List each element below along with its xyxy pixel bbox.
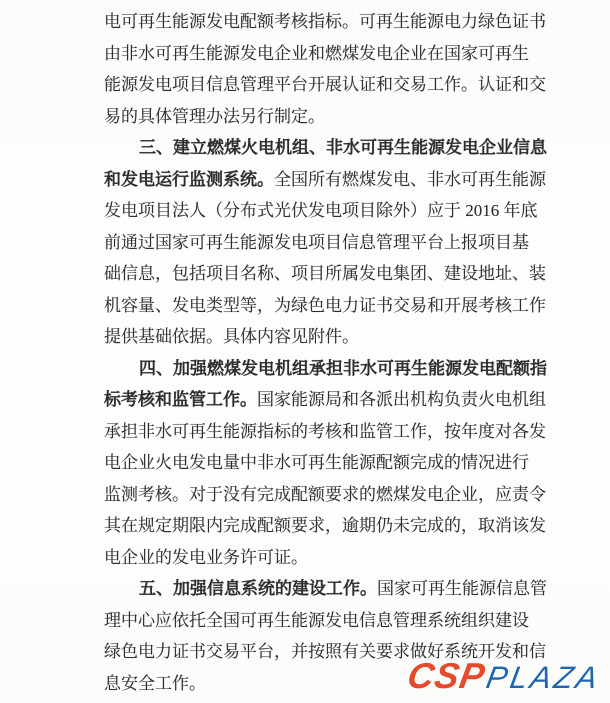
line-text-segment: 其在规定期限内完成配额要求，逾期仍未完成的，取消该发 bbox=[104, 516, 546, 535]
text-line: 发电项目法人（分布式光伏发电项目除外）应于 2016 年底 bbox=[104, 195, 523, 227]
text-line: 由非水可再生能源发电企业和燃煤发电企业在国家可再生 bbox=[104, 38, 523, 70]
line-text-segment: 电企业的发电业务许可证。 bbox=[104, 548, 308, 567]
text-line: 前通过国家可再生能源发电项目信息管理平台上报项目基 bbox=[104, 227, 523, 259]
line-text-segment: 电可再生能源发电配额考核指标。可再生能源电力绿色证书 bbox=[104, 12, 546, 31]
text-line: 能源发电项目信息管理平台开展认证和交易工作。认证和交 bbox=[104, 69, 523, 101]
text-line: 承担非水可再生能源指标的考核和监管工作，按年度对各发 bbox=[104, 416, 523, 448]
text-line: 础信息，包括项目名称、项目所属发电集团、建设地址、装 bbox=[104, 258, 523, 290]
text-line: 电可再生能源发电配额考核指标。可再生能源电力绿色证书 bbox=[104, 6, 523, 38]
logo-plaza-text: PLAZA bbox=[484, 660, 604, 696]
line-text-segment: 发电项目法人（分布式光伏发电项目除外）应于 2016 年底 bbox=[104, 201, 538, 220]
text-line: 其在规定期限内完成配额要求，逾期仍未完成的，取消该发 bbox=[104, 510, 523, 542]
line-text-segment: 电企业火电发电量中非水可再生能源配额完成的情况进行 bbox=[104, 453, 529, 472]
text-line: 三、建立燃煤火电机组、非水可再生能源发电企业信息 bbox=[104, 132, 523, 164]
line-text-segment: 理中心应依托全国可再生能源发电信息管理系统组织建设 bbox=[104, 611, 529, 630]
text-line: 提供基础依据。具体内容见附件。 bbox=[104, 321, 523, 353]
line-text-segment: 易的具体管理办法另行制定。 bbox=[104, 107, 325, 126]
text-line: 易的具体管理办法另行制定。 bbox=[104, 101, 523, 133]
text-line: 电企业的发电业务许可证。 bbox=[104, 542, 523, 574]
line-text-segment: 由非水可再生能源发电企业和燃煤发电企业在国家可再生 bbox=[104, 44, 529, 63]
line-text-segment: 息安全工作。 bbox=[104, 674, 206, 693]
text-line: 四、加强燃煤发电机组承担非水可再生能源发电配额指 bbox=[104, 353, 523, 385]
text-line: 和发电运行监测系统。全国所有燃煤发电、非水可再生能源 bbox=[104, 164, 523, 196]
paragraph: 四、加强燃煤发电机组承担非水可再生能源发电配额指 标考核和监管工作。国家能源局和… bbox=[104, 353, 523, 574]
document-text-block: 电可再生能源发电配额考核指标。可再生能源电力绿色证书 由非水可再生能源发电企业和… bbox=[104, 6, 523, 699]
line-text-segment: 全国所有燃煤发电、非水可再生能源 bbox=[274, 170, 546, 189]
text-line: 理中心应依托全国可再生能源发电信息管理系统组织建设 bbox=[104, 605, 523, 637]
line-text-segment: 承担非水可再生能源指标的考核和监管工作，按年度对各发 bbox=[104, 422, 546, 441]
line-bold-segment: 三、建立燃煤火电机组、非水可再生能源发电企业信息 bbox=[139, 138, 547, 157]
paragraph: 电可再生能源发电配额考核指标。可再生能源电力绿色证书 由非水可再生能源发电企业和… bbox=[104, 6, 523, 132]
line-bold-segment: 和发电运行监测系统。 bbox=[104, 170, 274, 189]
line-bold-segment: 标考核和监管工作。 bbox=[104, 390, 257, 409]
line-text-segment: 国家可再生能源信息管 bbox=[377, 579, 547, 598]
text-line: 监测考核。对于没有完成配额要求的燃煤发电企业，应责令 bbox=[104, 479, 523, 511]
cspplaza-logo: CSP PLAZA bbox=[404, 655, 604, 697]
text-line: 五、加强信息系统的建设工作。国家可再生能源信息管 bbox=[104, 573, 523, 605]
paragraph: 三、建立燃煤火电机组、非水可再生能源发电企业信息 和发电运行监测系统。全国所有燃… bbox=[104, 132, 523, 353]
line-text-segment: 国家能源局和各派出机构负责火电机组 bbox=[257, 390, 546, 409]
line-text-segment: 机容量、发电类型等，为绿色电力证书交易和开展考核工作 bbox=[104, 296, 546, 315]
line-bold-segment: 四、加强燃煤发电机组承担非水可再生能源发电配额指 bbox=[139, 359, 547, 378]
scanned-document-page: 电可再生能源发电配额考核指标。可再生能源电力绿色证书 由非水可再生能源发电企业和… bbox=[0, 0, 610, 703]
line-text-segment: 前通过国家可再生能源发电项目信息管理平台上报项目基 bbox=[104, 233, 529, 252]
line-text-segment: 提供基础依据。具体内容见附件。 bbox=[104, 327, 359, 346]
text-line: 机容量、发电类型等，为绿色电力证书交易和开展考核工作 bbox=[104, 290, 523, 322]
line-text-segment: 础信息，包括项目名称、项目所属发电集团、建设地址、装 bbox=[104, 264, 546, 283]
logo-csp-text: CSP bbox=[404, 655, 488, 697]
line-bold-segment: 五、加强信息系统的建设工作。 bbox=[139, 579, 377, 598]
line-text-segment: 监测考核。对于没有完成配额要求的燃煤发电企业，应责令 bbox=[104, 485, 546, 504]
text-line: 电企业火电发电量中非水可再生能源配额完成的情况进行 bbox=[104, 447, 523, 479]
text-line: 标考核和监管工作。国家能源局和各派出机构负责火电机组 bbox=[104, 384, 523, 416]
line-text-segment: 能源发电项目信息管理平台开展认证和交易工作。认证和交 bbox=[104, 75, 546, 94]
